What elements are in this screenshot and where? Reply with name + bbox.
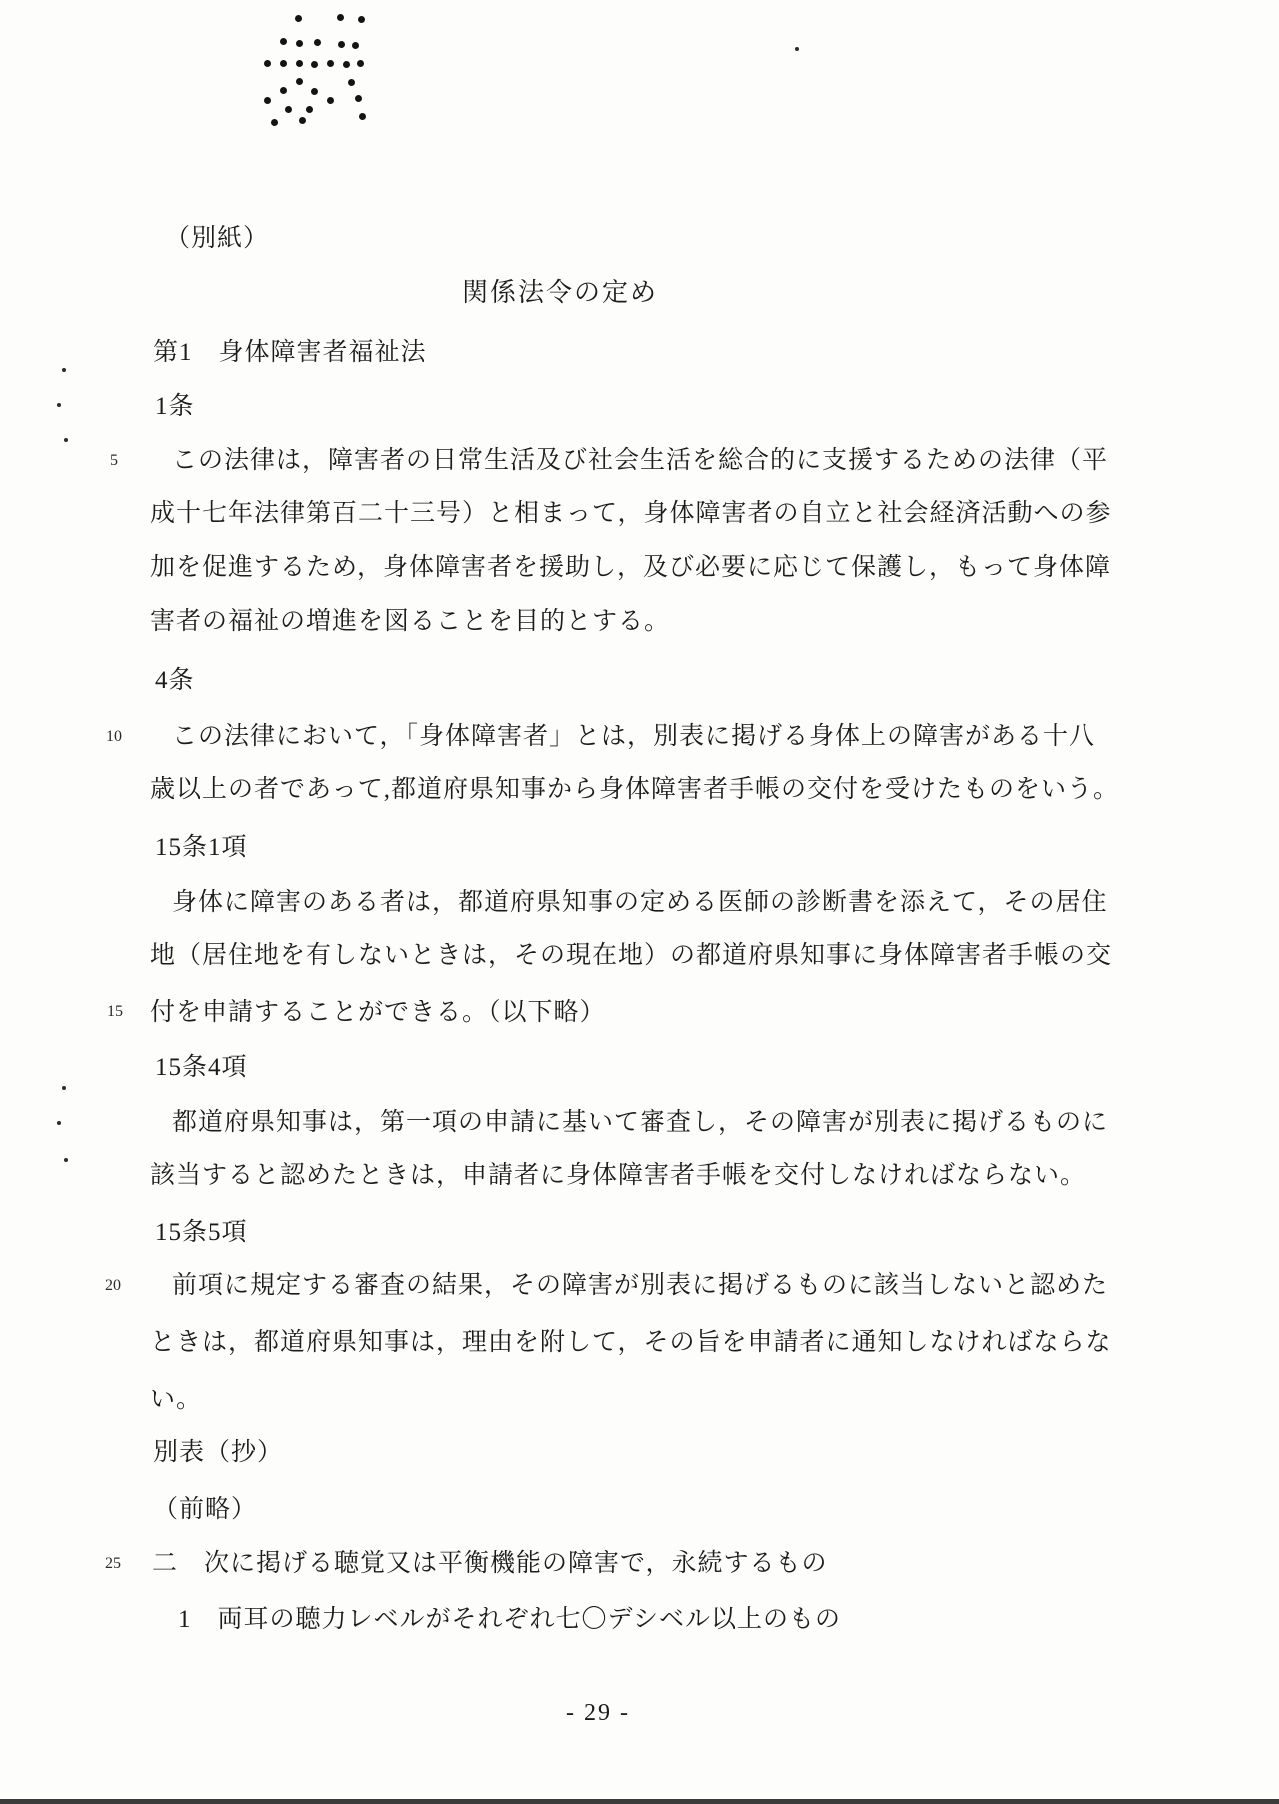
- article-15-5-heading: 15条5項: [155, 1212, 248, 1248]
- article-15-5-text-line-2: ときは，都道府県知事は，理由を附して，その旨を申請者に通知しなければならな: [150, 1322, 1112, 1358]
- appendix-heading: 別表（抄）: [153, 1432, 283, 1468]
- appendix-item-2: 二 次に掲げる聴覚又は平衡機能の障害で，永続するもの: [152, 1543, 828, 1579]
- appendix-item-2-sub-1: 1 両耳の聴力レベルがそれぞれ七〇デシベル以上のもの: [178, 1599, 841, 1635]
- article-15-5-text-line-1: 前項に規定する審査の結果，その障害が別表に掲げるものに該当しないと認めた: [172, 1265, 1108, 1301]
- article-4-text-line-1: この法律において，「身体障害者」とは，別表に掲げる身体上の障害がある十八: [172, 716, 1095, 752]
- scan-bottom-edge-artifact: [0, 1799, 1279, 1804]
- article-15-4-text-line-1: 都道府県知事は，第一項の申請に基いて審査し，その障害が別表に掲げるものに: [172, 1102, 1108, 1138]
- margin-line-number-25: 25: [105, 1555, 121, 1573]
- article-15-1-heading: 15条1項: [155, 827, 248, 863]
- page-number: - 29 -: [566, 1700, 630, 1727]
- margin-line-number-10: 10: [106, 728, 122, 746]
- margin-line-number-5: 5: [110, 452, 118, 470]
- article-1-text-line-2: 成十七年法律第百二十三号）と相まって，身体障害者の自立と社会経済活動への参: [150, 493, 1112, 529]
- article-15-5-text-line-3: い。: [150, 1379, 202, 1415]
- article-15-1-text-line-1: 身体に障害のある者は，都道府県知事の定める医師の診断書を添えて，その居住: [172, 882, 1108, 918]
- scanned-document-page: 5 10 15 20 25 （別紙） 関係法令の定め 第1 身体障害者福祉法 1…: [0, 0, 1279, 1804]
- article-15-1-text-line-2: 地（居住地を有しないときは，その現在地）の都道府県知事に身体障害者手帳の交: [150, 935, 1112, 971]
- section-1-heading: 第1 身体障害者福祉法: [153, 332, 427, 368]
- article-15-4-heading: 15条4項: [155, 1047, 248, 1083]
- article-1-text-line-3: 加を促進するため，身体障害者を援助し，及び必要に応じて保護し，もって身体障: [150, 547, 1111, 583]
- margin-line-number-20: 20: [105, 1277, 121, 1295]
- article-4-text-line-2: 歳以上の者であって,都道府県知事から身体障害者手帳の交付を受けたものをいう。: [150, 769, 1119, 805]
- article-15-4-text-line-2: 該当すると認めたときは，申請者に身体障害者手帳を交付しなければならない。: [150, 1155, 1086, 1191]
- article-15-1-text-line-3: 付を申請することができる。（以下略）: [150, 992, 606, 1028]
- article-1-text-line-4: 害者の福祉の増進を図ることを目的とする。: [150, 601, 670, 637]
- article-1-heading: 1条: [155, 386, 195, 422]
- margin-line-number-15: 15: [107, 1003, 123, 1021]
- appendix-note: （前略）: [153, 1489, 257, 1525]
- document-title: 関係法令の定め: [462, 272, 658, 309]
- article-1-text-line-1: この法律は，障害者の日常生活及び社会生活を総合的に支援するための法律（平: [172, 440, 1108, 476]
- attachment-label: （別紙）: [165, 218, 269, 254]
- article-4-heading: 4条: [155, 660, 195, 696]
